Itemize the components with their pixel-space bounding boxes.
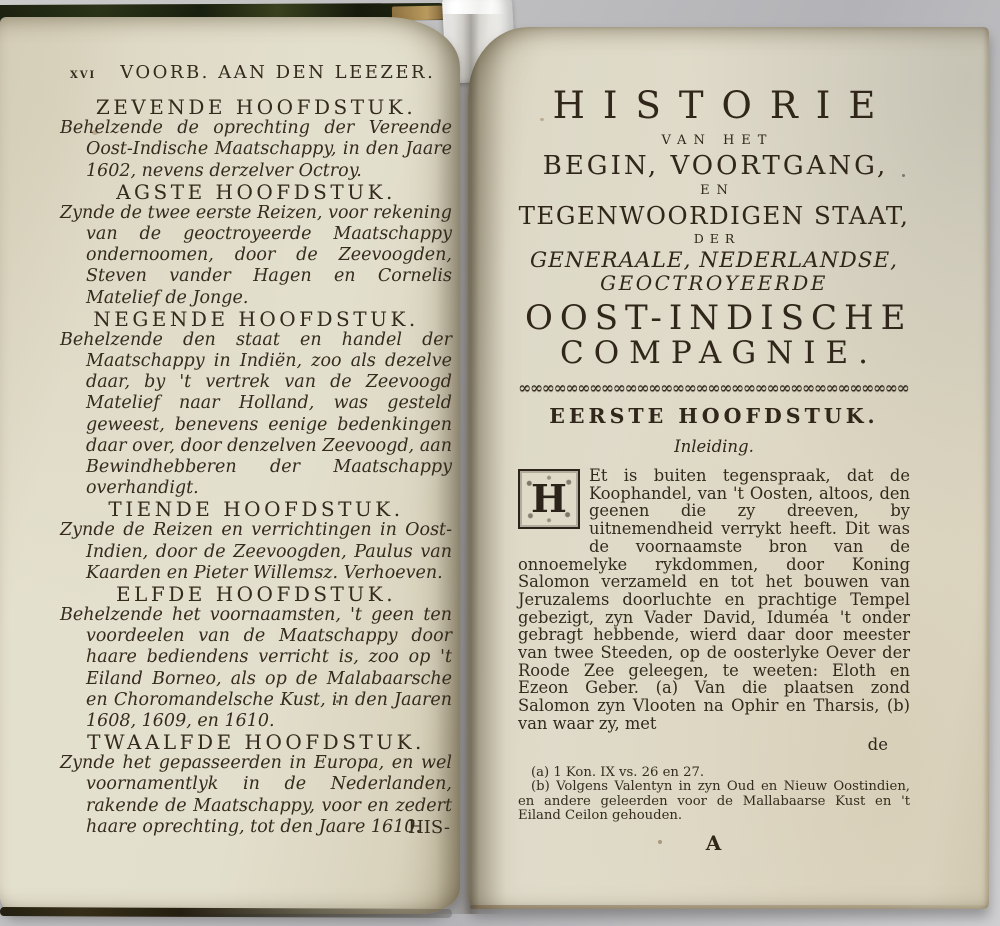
title-line-van-het: VAN HET (518, 133, 910, 148)
title-line-staat: TEGENWOORDIGEN STAAT, (518, 202, 910, 229)
bottom-cover-edge (0, 907, 452, 918)
signature-mark: A (518, 831, 910, 855)
chapter-summary: Behelzende den staat en handel der Maats… (60, 330, 452, 500)
chapter-heading-twaalfde: TWAALFDE HOOFDSTUK. (60, 732, 452, 753)
title-line-begin: BEGIN, VOORTGANG, (518, 152, 910, 181)
title-line-oost-indische: OOST-INDISCHE (518, 300, 910, 336)
chapter-heading-zevende: ZEVENDE HOOFDSTUK. (60, 97, 452, 118)
woodcut-initial-h: H (518, 469, 580, 529)
chapter-heading-elfde: ELFDE HOOFDSTUK. (60, 584, 452, 605)
book-photo: xvi VOORB. AAN DEN LEEZER. ZEVENDE HOOFD… (0, 0, 1000, 926)
title-line-en: EN (518, 184, 910, 198)
body-paragraph: HEt is buiten tegenspraak, dat de Koopha… (518, 467, 910, 733)
title-line-generaale: GENERAALE, NEDERLANDSE, (518, 249, 910, 272)
chapter-heading-negende: NEGENDE HOOFDSTUK. (60, 309, 452, 330)
footnote-a: (a) 1 Kon. IX vs. 26 en 27. (518, 766, 910, 781)
title-line-compagnie: COMPAGNIE. (518, 337, 910, 370)
running-head: xvi VOORB. AAN DEN LEEZER. (70, 62, 452, 84)
running-title: VOORB. AAN DEN LEEZER. (120, 62, 435, 83)
chapter-subheading: Inleiding. (518, 438, 910, 456)
chapter-summary: Behelzende het voornaamsten, 't geen ten… (60, 605, 452, 732)
chapter-summary: Behelzende de oprechting der Vereende Oo… (60, 118, 452, 182)
chapter-heading-agste: AGSTE HOOFDSTUK. (60, 182, 452, 203)
title-line-historie: HISTORIE (518, 86, 910, 126)
right-page-text-block: HISTORIE VAN HET BEGIN, VOORTGANG, EN TE… (518, 86, 910, 855)
page-number: xvi (70, 63, 96, 84)
chapter-heading-tiende: TIENDE HOOFDSTUK. (60, 499, 452, 520)
footnotes: (a) 1 Kon. IX vs. 26 en 27. (b) Volgens … (518, 766, 910, 824)
chapter-summary: Zynde het gepasseerden in Europa, en wel… (60, 753, 452, 838)
chapter-heading-eerste: EERSTE HOOFDSTUK. (518, 405, 910, 427)
title-line-geoctroyeerde: GEOCTROYEERDE (518, 273, 910, 294)
chapter-summary: Zynde de Reizen en verrichtingen in Oost… (60, 520, 452, 584)
chain-ornament-divider: ∞∞∞∞∞∞∞∞∞∞∞∞∞∞∞∞∞∞∞∞∞∞∞∞∞∞∞∞∞∞∞∞∞∞∞∞ (518, 379, 910, 396)
footnote-b: (b) Volgens Valentyn in zyn Oud en Nieuw… (518, 780, 910, 824)
chapter-summary: Zynde de twee eerste Reizen, voor rekeni… (60, 203, 452, 309)
title-line-der: DER (518, 232, 910, 245)
catchword: de (518, 735, 910, 754)
left-page-text-block: xvi VOORB. AAN DEN LEEZER. ZEVENDE HOOFD… (60, 62, 452, 838)
right-page-bottom-edge (470, 905, 988, 909)
